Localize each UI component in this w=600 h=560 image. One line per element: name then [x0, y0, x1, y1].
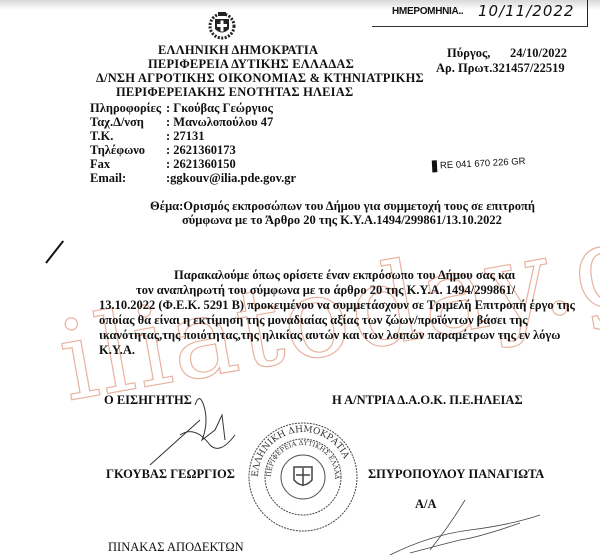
contact-label-fax: Fax	[90, 157, 110, 172]
contact-label-info: Πληροφορίες	[90, 101, 161, 116]
stamp-label: ΗΜΕΡΟΜΗΝΙΑ..	[392, 6, 463, 17]
barcode-mark-icon	[432, 160, 438, 172]
place: Πύργος,	[447, 46, 490, 61]
official-seal-icon: ΕΛΛΗΝΙΚΗ ΔΗΜΟΚΡΑΤΙΑ ΠΕΡΙΦΕΡΕΙΑ ΔΥΤΙΚΗΣ Ε…	[246, 420, 361, 535]
signatory-left-name: ΓΚΟΥΒΑΣ ΓΕΩΡΓΙΟΣ	[106, 467, 235, 482]
contact-value-address: : Μανωλοπούλου 47	[166, 115, 273, 130]
header-region: ΠΕΡΙΦΕΡΕΙΑ ΔΥΤΙΚΗΣ ΕΛΛΑΔΑΣ	[148, 57, 354, 72]
contact-label-postcode: Τ.Κ.	[90, 129, 113, 144]
signatory-right-role: Η Α/ΝΤΡΙΑ Δ.Α.Ο.Κ. Π.Ε.ΗΛΕΙΑΣ	[332, 393, 523, 408]
header-directorate: Δ/ΝΣΗ ΑΓΡΟΤΙΚΗΣ ΟΙΚΟΝΟΜΙΑΣ & ΚΤΗΝΙΑΤΡΙΚΗ…	[96, 71, 424, 86]
protocol-number: Αρ. Πρωτ.321457/22519	[436, 61, 565, 76]
signature-right-icon	[370, 495, 545, 560]
subject-line-1: Θέμα:Ορισμός εκπροσώπων του Δήμου για συ…	[150, 199, 535, 214]
body-line-6: Κ.Υ.Α.	[99, 343, 135, 358]
body-line-1: Παρακαλούμε όπως ορίσετε έναν εκπρόσωπο …	[174, 268, 515, 283]
signatory-right-name: ΣΠΥΡΟΠΟΥΛΟΥ ΠΑΝΑΓΙΩΤΑ	[368, 467, 544, 482]
signature-left-icon	[140, 385, 250, 470]
header-republic: ΕΛΛΗΝΙΚΗ ΔΗΜΟΚΡΑΤΙΑ	[158, 43, 318, 58]
body-line-5: ικανότητας,της ποιότητας,της ηλικίας αυτ…	[99, 328, 560, 343]
subject-line-2: σύμφωνα με το Άρθρο 20 της Κ.Υ.Α.1494/29…	[182, 213, 502, 228]
contact-label-phone: Τηλέφωνο	[90, 143, 145, 158]
contact-value-phone: : 2621360173	[166, 143, 236, 158]
document-date: 24/10/2022	[510, 46, 567, 61]
distribution-list-heading: ΠΙΝΑΚΑΣ ΑΠΟΔΕΚΤΩΝ	[108, 540, 244, 555]
body-line-3: 13.10.2022 (Φ.Ε.Κ. 5291 Β) προκειμένου ν…	[99, 298, 575, 313]
registered-mail-number: RE 041 670 226 GR	[440, 156, 526, 171]
body-line-4: οποίας θα είναι η εκτίμηση της μοναδιαία…	[99, 313, 528, 328]
contact-value-info: : Γκούβας Γεώργιος	[166, 101, 273, 116]
header-regional-unit: ΠΕΡΙΦΕΡΕΙΑΚΗΣ ΕΝΟΤΗΤΑΣ ΗΛΕΙΑΣ	[116, 85, 353, 100]
stamp-date: 10/11/2022	[478, 2, 574, 20]
margin-mark	[45, 240, 64, 263]
body-line-2: τον αναπληρωτή του σύμφωνα με το άρθρο 2…	[136, 283, 515, 298]
contact-value-fax: : 2621360150	[166, 157, 236, 172]
contact-value-email: :ggkouv@ilia.pde.gov.gr	[166, 171, 296, 186]
contact-value-postcode: : 27131	[166, 129, 205, 144]
registered-mail-label: RE 041 670 226 GR	[432, 156, 526, 173]
contact-label-email: Email:	[90, 171, 126, 186]
contact-label-address: Ταχ.Δ/νση	[90, 115, 144, 130]
greek-coat-of-arms-icon	[208, 10, 236, 40]
